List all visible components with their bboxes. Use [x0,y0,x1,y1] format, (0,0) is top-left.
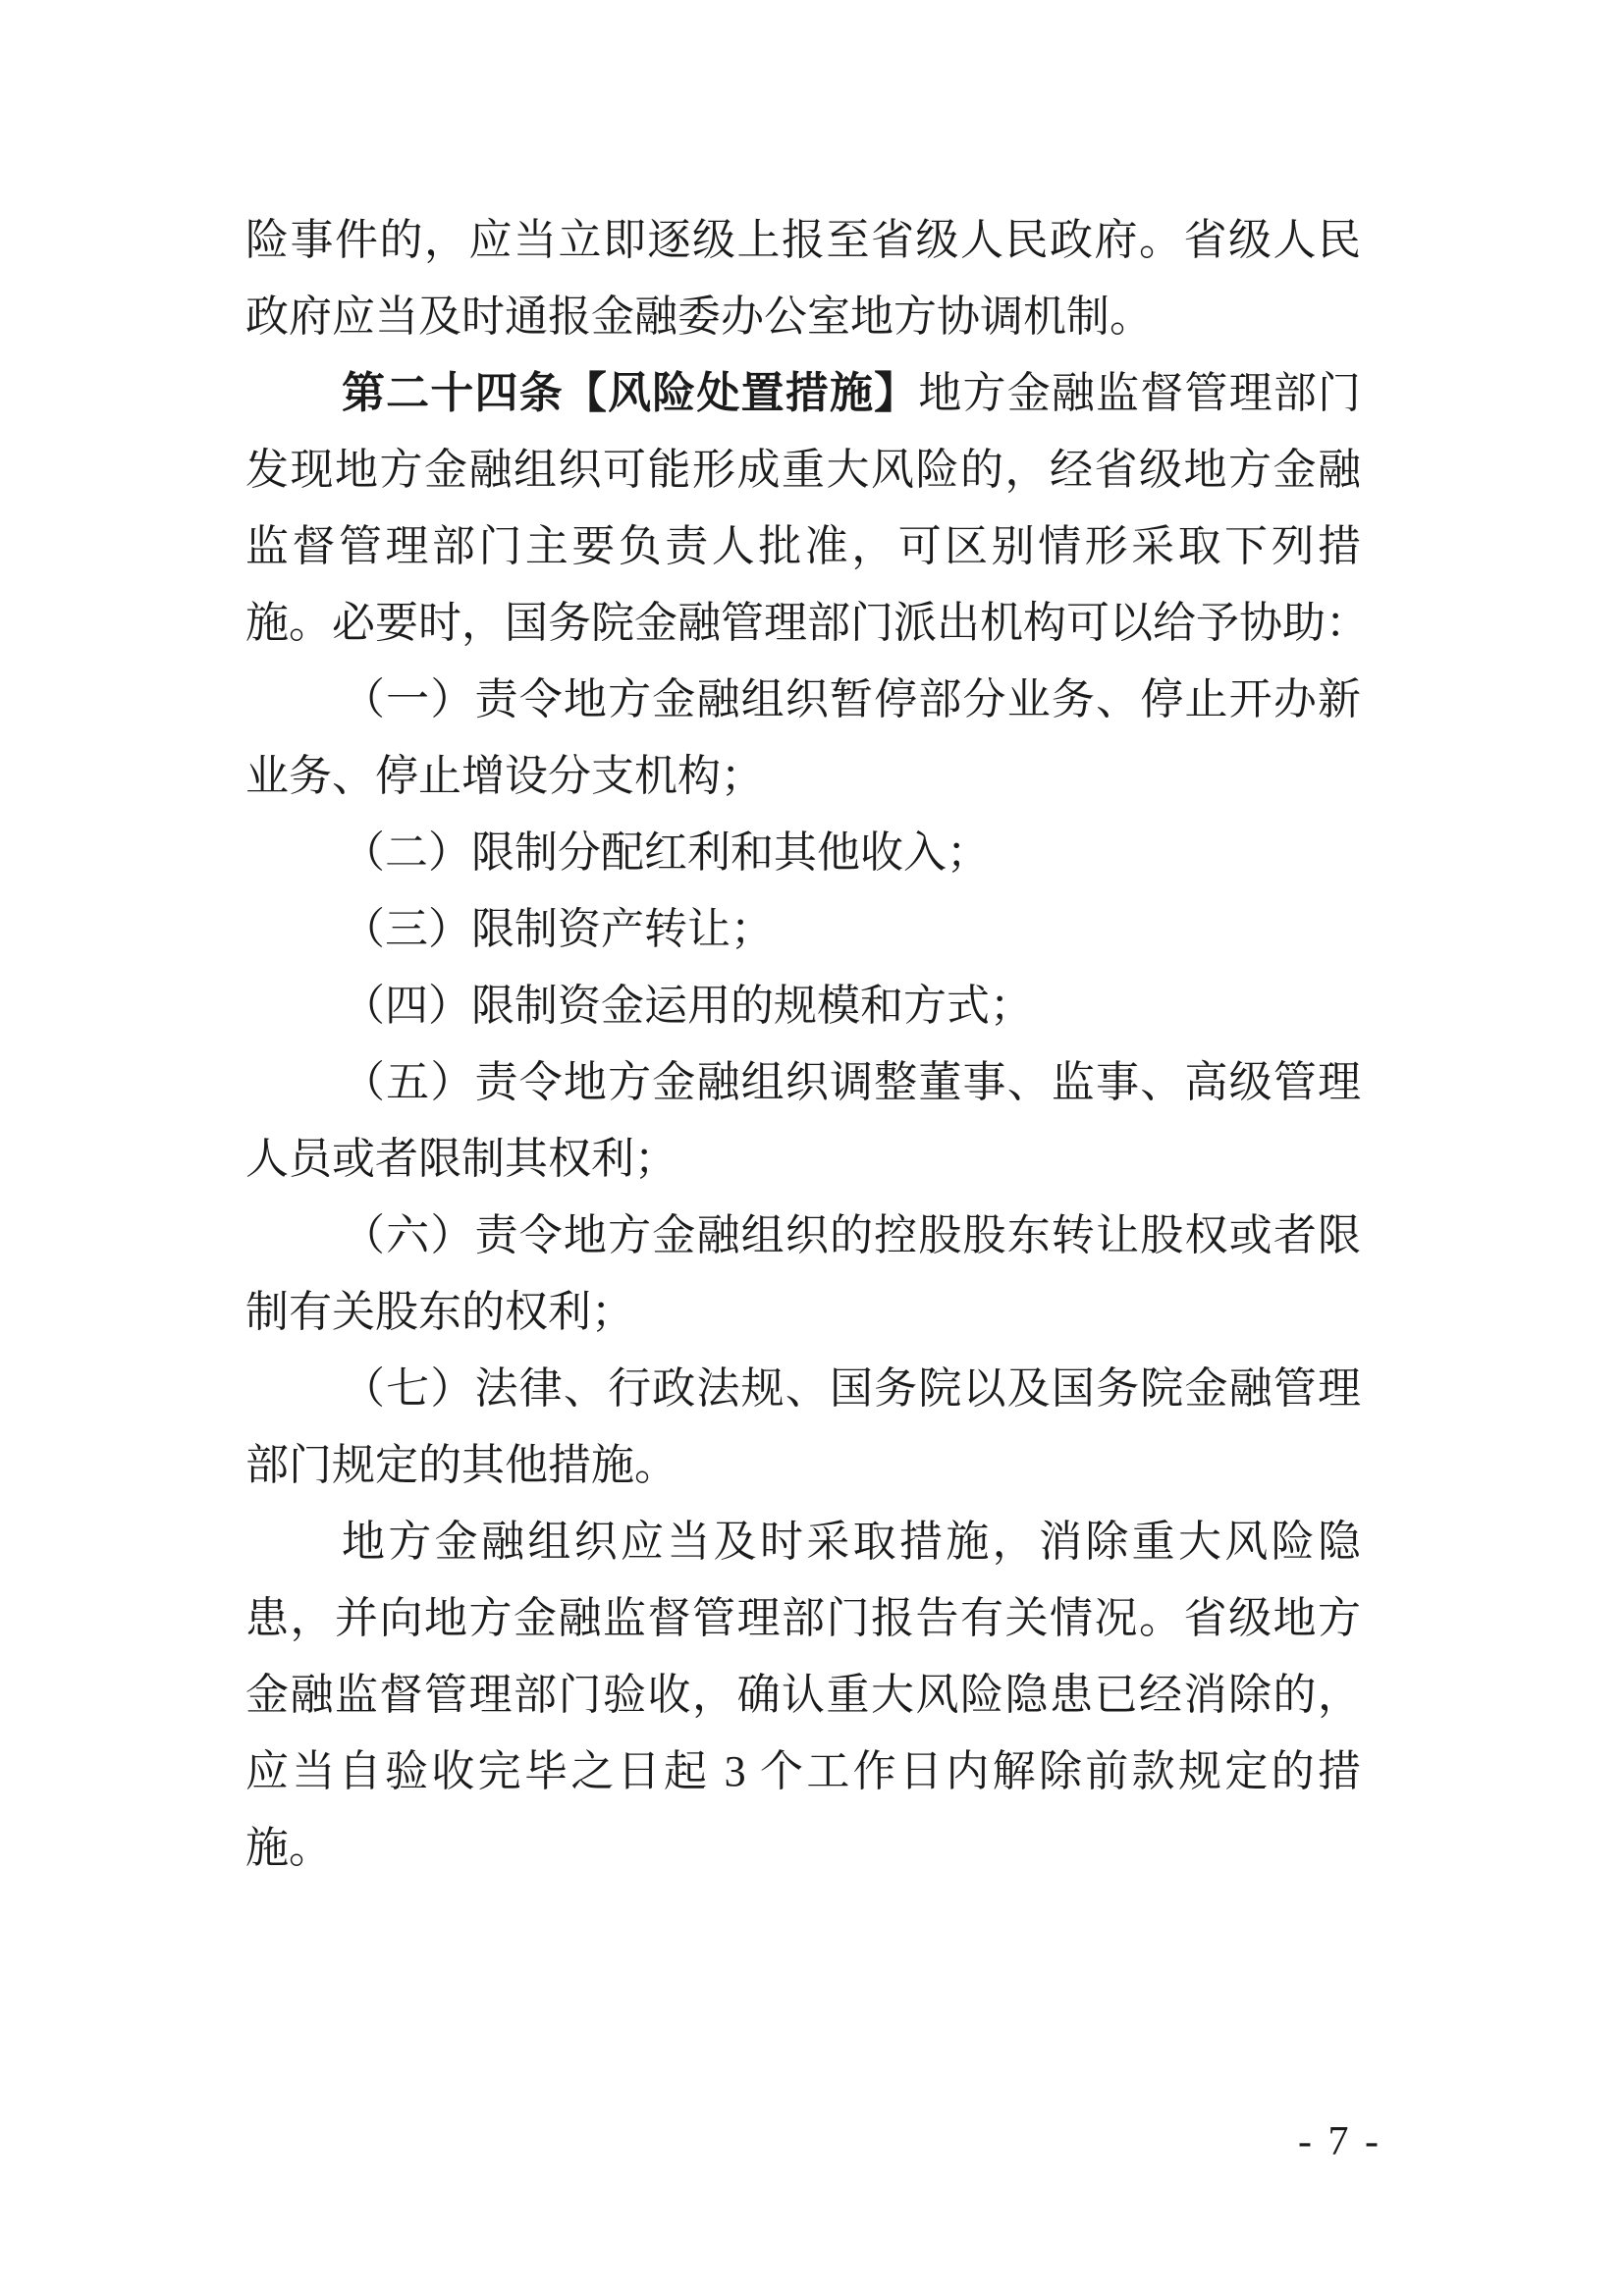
page-number: - 7 - [1298,2118,1381,2165]
text-line-list-item-4: （四）限制资金运用的规模和方式； [245,968,1361,1044]
text-line-content: 险事件的，应当立即逐级上报至省级人民政府。省级人民 [245,216,1361,264]
text-line-content: 金融监督管理部门验收，确认重大风险隐患已经消除的， [245,1671,1361,1719]
text-line-article-heading: 第二十四条【风险处置措施】地方金融监督管理部门 [245,355,1361,432]
text-line-list-item-1: （一）责令地方金融组织暂停部分业务、停止开办新 [245,662,1361,738]
text-line-content: 应当自验收完毕之日起 3 个工作日内解除前款规定的措 [245,1747,1361,1795]
text-line: 地方金融组织应当及时采取措施，消除重大风险隐 [245,1504,1361,1580]
text-line-content: 地方金融组织应当及时采取措施，消除重大风险隐 [342,1518,1361,1566]
article-number-and-title: 第二十四条【风险处置措施】 [342,369,918,417]
text-line: 发现地方金融组织可能形成重大风险的，经省级地方金融 [245,432,1361,508]
text-line-content: 部门规定的其他措施。 [245,1441,677,1489]
text-line-content: （七）法律、行政法规、国务院以及国务院金融管理 [342,1364,1361,1413]
text-line: 施。必要时，国务院金融管理部门派出机构可以给予协助： [245,585,1361,662]
text-line-content: （六）责令地方金融组织的控股股东转让股权或者限 [342,1211,1361,1259]
text-line: 施。 [245,1810,1361,1887]
text-line-content: 患，并向地方金融监督管理部门报告有关情况。省级地方 [245,1594,1361,1642]
text-line-list-item-7: （七）法律、行政法规、国务院以及国务院金融管理 [245,1351,1361,1427]
text-line-content: （三）限制资产转让； [342,905,774,953]
text-line-list-item-6: （六）责令地方金融组织的控股股东转让股权或者限 [245,1198,1361,1274]
page-body-text: 险事件的，应当立即逐级上报至省级人民政府。省级人民 政府应当及时通报金融委办公室… [245,202,1361,1887]
text-line-content: 制有关股东的权利； [245,1288,634,1336]
text-line: 政府应当及时通报金融委办公室地方协调机制。 [245,279,1361,355]
text-line: 金融监督管理部门验收，确认重大风险隐患已经消除的， [245,1657,1361,1734]
text-line-content: 政府应当及时通报金融委办公室地方协调机制。 [245,293,1153,341]
text-line-content: （一）责令地方金融组织暂停部分业务、停止开办新 [342,675,1361,723]
text-line-content: 业务、停止增设分支机构； [245,752,764,800]
text-line-content: 人员或者限制其权利； [245,1135,677,1183]
text-line-list-item-3: （三）限制资产转让； [245,891,1361,968]
text-line: 制有关股东的权利； [245,1274,1361,1351]
document-page: 险事件的，应当立即逐级上报至省级人民政府。省级人民 政府应当及时通报金融委办公室… [0,0,1624,2296]
text-line-content: （四）限制资金运用的规模和方式； [342,982,1033,1030]
text-line: 患，并向地方金融监督管理部门报告有关情况。省级地方 [245,1580,1361,1657]
text-line-content: （五）责令地方金融组织调整董事、监事、高级管理 [342,1058,1361,1106]
text-line: 部门规定的其他措施。 [245,1427,1361,1504]
text-line-content: 发现地方金融组织可能形成重大风险的，经省级地方金融 [245,446,1361,494]
text-line-content: 施。 [245,1824,332,1872]
text-line-content: 监督管理部门主要负责人批准，可区别情形采取下列措 [245,522,1361,570]
text-line: 业务、停止增设分支机构； [245,738,1361,815]
text-line-content: 地方金融监督管理部门 [918,369,1361,417]
text-line: 险事件的，应当立即逐级上报至省级人民政府。省级人民 [245,202,1361,279]
text-line-list-item-5: （五）责令地方金融组织调整董事、监事、高级管理 [245,1044,1361,1121]
text-line-list-item-2: （二）限制分配红利和其他收入； [245,815,1361,891]
text-line-content: 施。必要时，国务院金融管理部门派出机构可以给予协助： [245,599,1369,647]
text-line-content: （二）限制分配红利和其他收入； [342,828,990,877]
text-line: 应当自验收完毕之日起 3 个工作日内解除前款规定的措 [245,1734,1361,1810]
text-line: 监督管理部门主要负责人批准，可区别情形采取下列措 [245,508,1361,585]
text-line: 人员或者限制其权利； [245,1121,1361,1198]
